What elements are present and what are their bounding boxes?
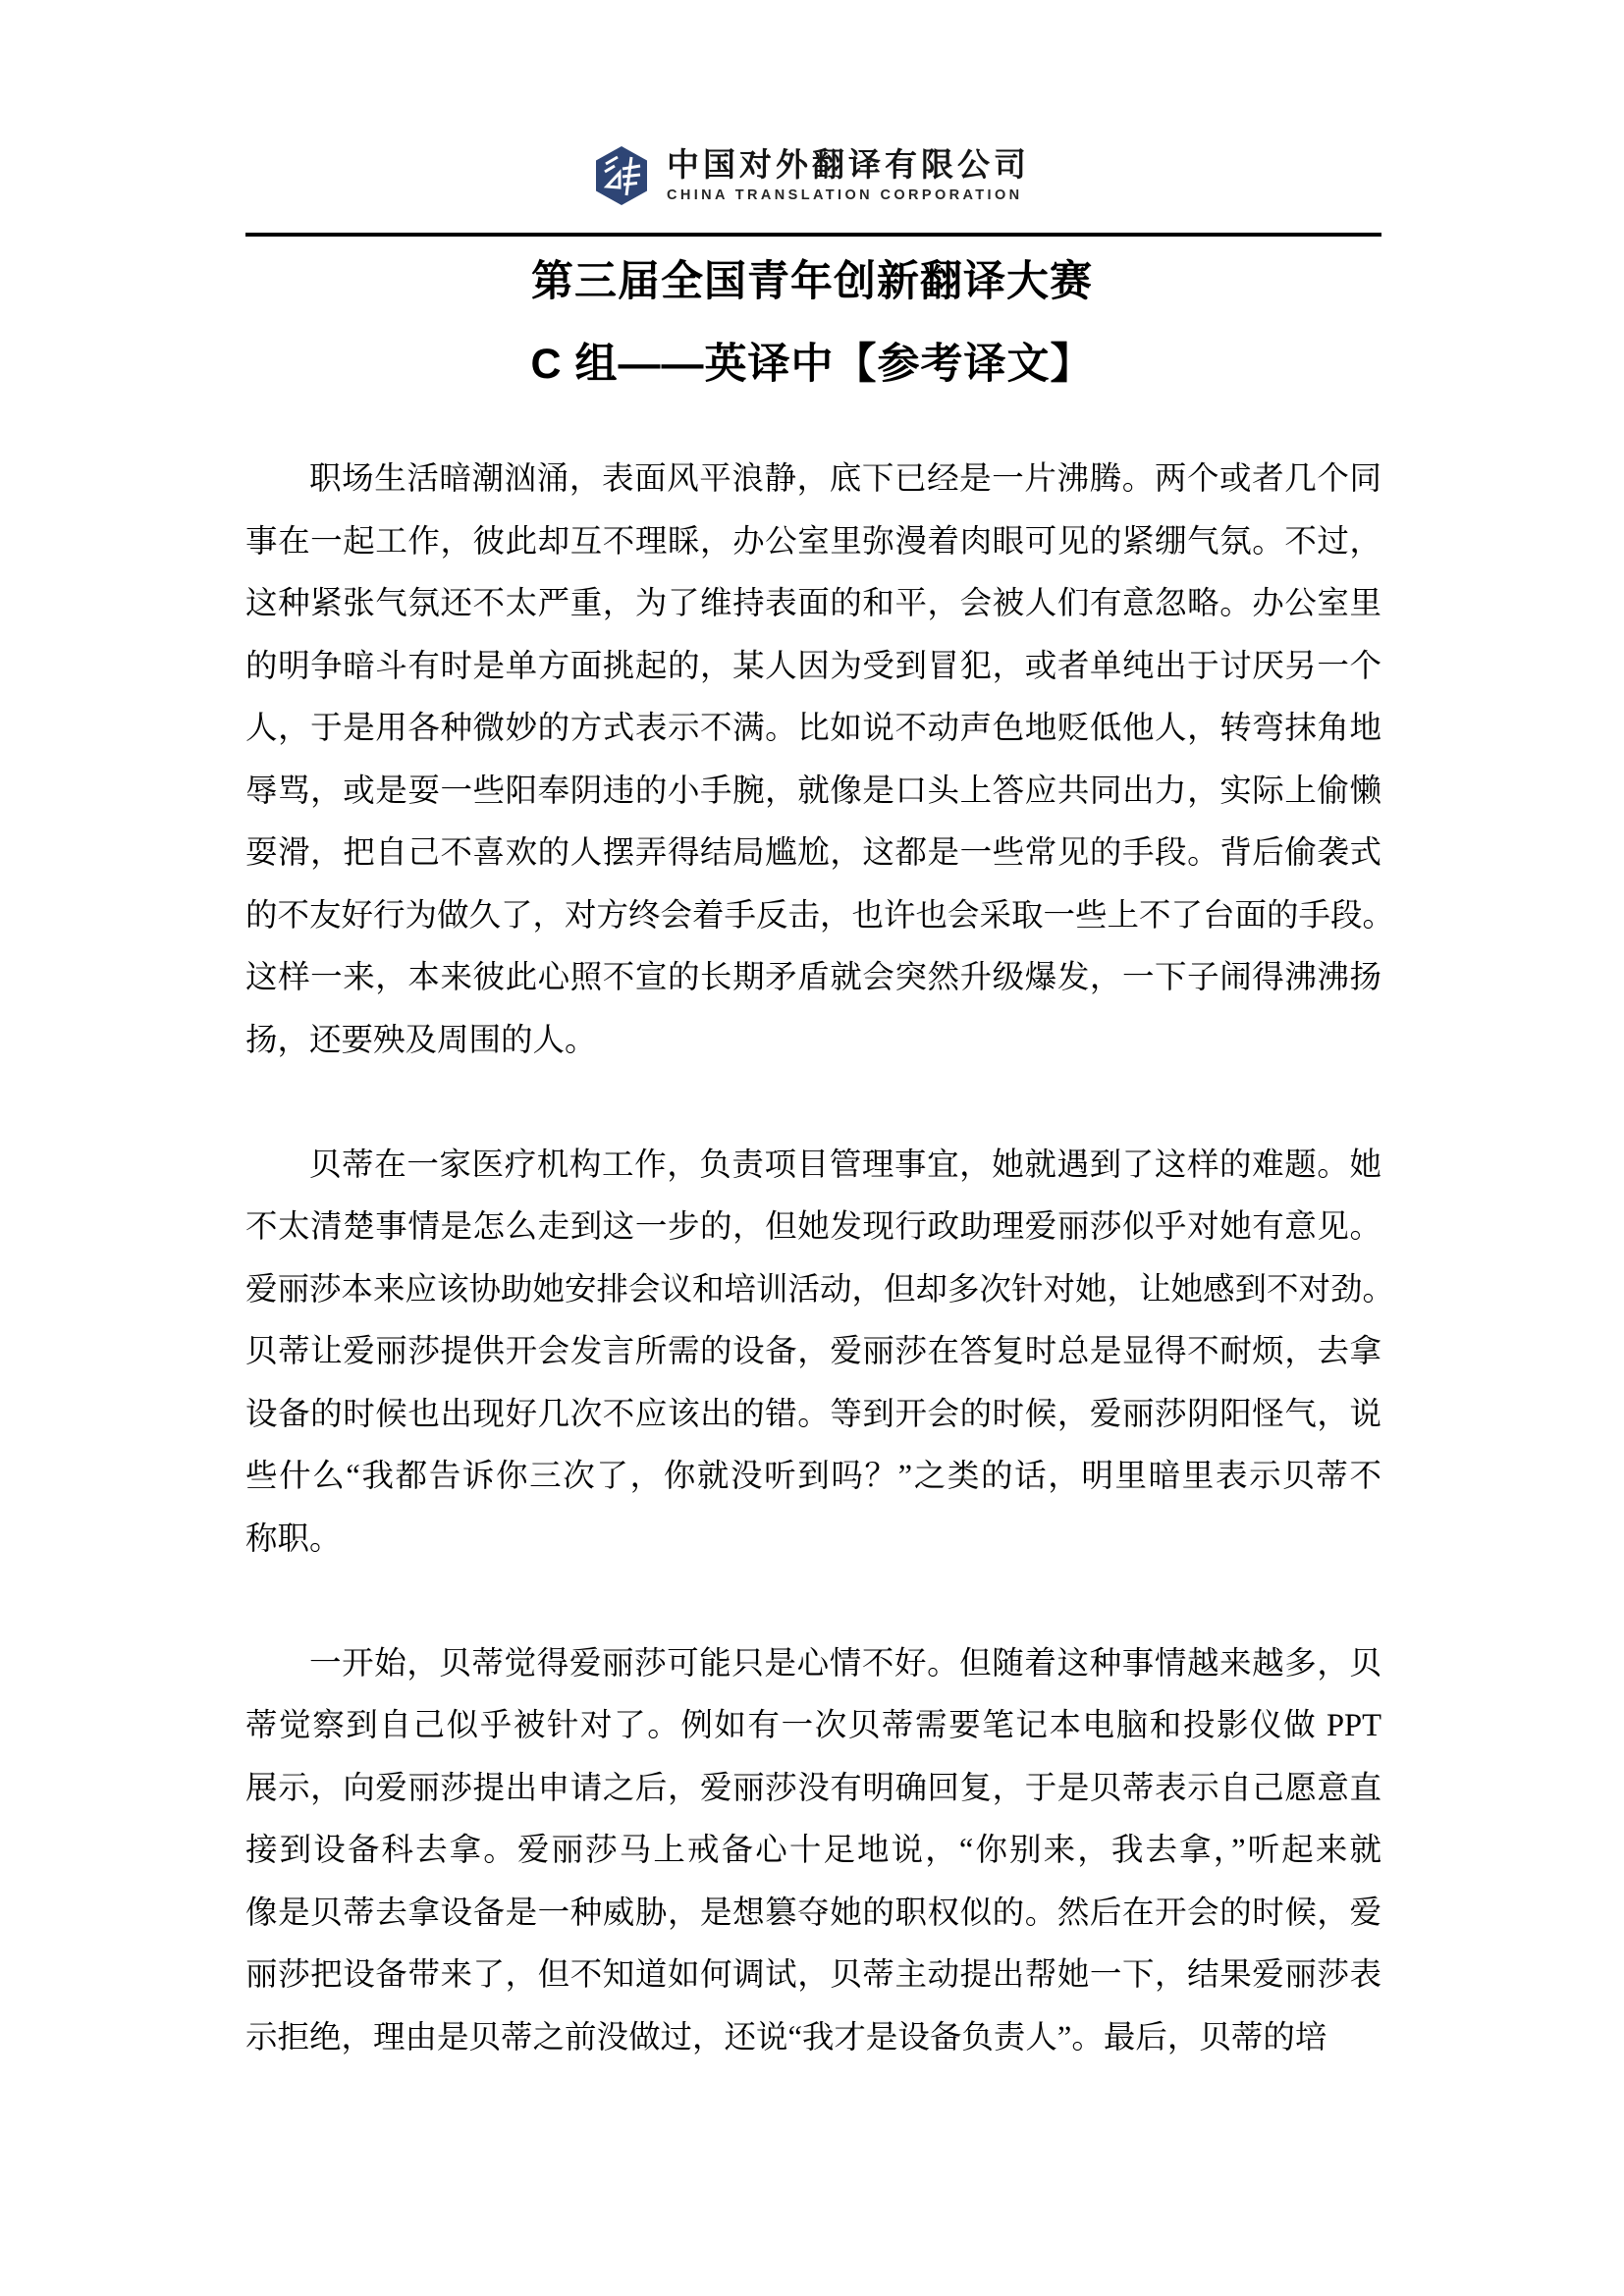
paragraph-line: 扬，还要殃及周围的人。 xyxy=(245,1010,1381,1073)
paragraph-line: 辱骂，或是耍一些阳奉阴违的小手腕，就像是口头上答应共同出力，实际上偷懒 xyxy=(245,761,1381,824)
paragraph-line: 不太清楚事情是怎么走到这一步的，但她发现行政助理爱丽莎似乎对她有意见。 xyxy=(245,1197,1381,1259)
header-divider xyxy=(245,233,1381,237)
paragraph-line: 这样一来，本来彼此心照不宣的长期矛盾就会突然升级爆发，一下子闹得沸沸扬 xyxy=(245,947,1381,1010)
document-body: 职场生活暗潮汹涌，表面风平浪静，底下已经是一片沸腾。两个或者几个同事在一起工作，… xyxy=(245,449,1381,2069)
paragraph-line: 蒂觉察到自己似乎被针对了。例如有一次贝蒂需要笔记本电脑和投影仪做 PPT xyxy=(245,1695,1381,1758)
paragraph-line: 接到设备科去拿。爱丽莎马上戒备心十足地说，“你别来，我去拿，”听起来就 xyxy=(245,1820,1381,1883)
paragraph-line: 设备的时候也出现好几次不应该出的错。等到开会的时候，爱丽莎阴阳怪气，说 xyxy=(245,1384,1381,1447)
paragraph-line: 职场生活暗潮汹涌，表面风平浪静，底下已经是一片沸腾。两个或者几个同 xyxy=(245,449,1381,511)
paragraph-line: 的不友好行为做久了，对方终会着手反击，也许也会采取一些上不了台面的手段。 xyxy=(245,885,1381,948)
paragraph-line: 事在一起工作，彼此却互不理睬，办公室里弥漫着肉眼可见的紧绷气氛。不过， xyxy=(245,511,1381,574)
paragraph-line: 丽莎把设备带来了，但不知道如何调试，贝蒂主动提出帮她一下，结果爱丽莎表 xyxy=(245,1945,1381,2007)
paragraph-line: 一开始，贝蒂觉得爱丽莎可能只是心情不好。但随着这种事情越来越多，贝 xyxy=(245,1633,1381,1696)
paragraph-line: 人，于是用各种微妙的方式表示不满。比如说不动声色地贬低他人，转弯抹角地 xyxy=(245,698,1381,761)
company-logo: 中国对外翻译有限公司 CHINA TRANSLATION CORPORATION xyxy=(0,145,1624,206)
hexagon-monogram-icon xyxy=(594,145,649,206)
paragraph-line: 耍滑，把自己不喜欢的人摆弄得结局尴尬，这都是一些常见的手段。背后偷袭式 xyxy=(245,823,1381,885)
paragraph-line: 爱丽莎本来应该协助她安排会议和培训活动，但却多次针对她，让她感到不对劲。 xyxy=(245,1259,1381,1322)
document-title: 第三届全国青年创新翻译大赛 xyxy=(0,257,1624,306)
paragraph-line: 贝蒂在一家医疗机构工作，负责项目管理事宜，她就遇到了这样的难题。她 xyxy=(245,1135,1381,1198)
paragraph-line: 的明争暗斗有时是单方面挑起的，某人因为受到冒犯，或者单纯出于讨厌另一个 xyxy=(245,636,1381,699)
document-page: 中国对外翻译有限公司 CHINA TRANSLATION CORPORATION… xyxy=(0,0,1624,2296)
paragraph-line: 些什么“我都告诉你三次了，你就没听到吗？”之类的话，明里暗里表示贝蒂不 xyxy=(245,1446,1381,1509)
paragraph: 职场生活暗潮汹涌，表面风平浪静，底下已经是一片沸腾。两个或者几个同事在一起工作，… xyxy=(245,449,1381,1072)
paragraph-line: 贝蒂让爱丽莎提供开会发言所需的设备，爱丽莎在答复时总是显得不耐烦，去拿 xyxy=(245,1321,1381,1384)
paragraph: 贝蒂在一家医疗机构工作，负责项目管理事宜，她就遇到了这样的难题。她不太清楚事情是… xyxy=(245,1135,1381,1572)
paragraph-line: 这种紧张气氛还不太严重，为了维持表面的和平，会被人们有意忽略。办公室里 xyxy=(245,573,1381,636)
paragraph-line: 称职。 xyxy=(245,1509,1381,1572)
document-subtitle: C 组——英译中【参考译文】 xyxy=(0,340,1624,389)
paragraph-line: 像是贝蒂去拿设备是一种威胁，是想篡夺她的职权似的。然后在开会的时候，爱 xyxy=(245,1883,1381,1946)
company-logo-text: 中国对外翻译有限公司 CHINA TRANSLATION CORPORATION xyxy=(667,148,1030,202)
company-name-en: CHINA TRANSLATION CORPORATION xyxy=(667,188,1023,203)
paragraph-line: 展示，向爱丽莎提出申请之后，爱丽莎没有明确回复，于是贝蒂表示自己愿意直 xyxy=(245,1758,1381,1821)
paragraph-line: 示拒绝，理由是贝蒂之前没做过，还说“我才是设备负责人”。最后，贝蒂的培 xyxy=(245,2007,1381,2070)
paragraph: 一开始，贝蒂觉得爱丽莎可能只是心情不好。但随着这种事情越来越多，贝蒂觉察到自己似… xyxy=(245,1633,1381,2070)
company-name-zh: 中国对外翻译有限公司 xyxy=(667,148,1030,183)
